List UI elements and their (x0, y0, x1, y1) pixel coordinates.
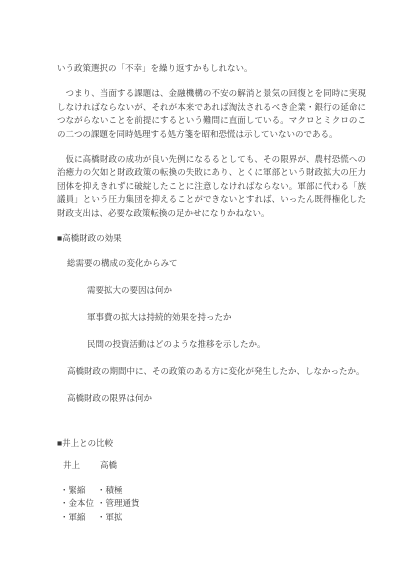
comparison-cell-inoue: ・金本位 (60, 497, 97, 511)
paragraph: 仮に高橋財政の成功が良い先例になるるとしても、その限界が、農村恐慌への治癒力の欠… (57, 153, 366, 220)
section-heading-takahashi-effects: ■高橋財政の効果 (57, 232, 366, 245)
comparison-cell-takahashi: ・軍拡 (97, 511, 123, 525)
outline-item: 需要拡大の要因は何か (57, 284, 366, 297)
outline-item: 高橋財政の限界は何か (57, 392, 366, 405)
section-heading-inoue-comparison: ■井上との比較 (57, 437, 366, 450)
outline-item: 民間の投資活動はどのような推移を示したか。 (57, 338, 366, 351)
outline-item: 総需要の構成の変化からみて (57, 257, 366, 270)
outline-item: 高橋財政の期間中に、その政策のある方に変化が発生したか、しなかったか。 (57, 365, 366, 378)
comparison-table: ・緊縮 ・積極 ・金本位 ・管理通貨 ・軍縮 ・軍拡 (57, 484, 366, 525)
comparison-cell-inoue: ・軍縮 (60, 511, 97, 525)
outline-list: 総需要の構成の変化からみて 需要拡大の要因は何か 軍事費の拡大は持続的効果を持っ… (57, 257, 366, 405)
comparison-cell-takahashi: ・管理通貨 (97, 497, 140, 511)
comparison-cell-takahashi: ・積極 (97, 484, 123, 498)
paragraph: つまり、当面する課題は、金融機構の不安の解消と景気の回復とを同時に実現しなければ… (57, 87, 366, 141)
paragraph-continuation: いう政策選択の「不幸」を繰り返すかもしれない。 (57, 62, 366, 75)
column-header-inoue: 井上 (63, 459, 100, 473)
column-header-takahashi: 高橋 (100, 459, 117, 473)
comparison-row: ・緊縮 ・積極 (60, 484, 366, 498)
outline-item: 軍事費の拡大は持続的効果を持ったか (57, 311, 366, 324)
comparison-column-headers: 井上 高橋 (57, 459, 366, 473)
comparison-row: ・金本位 ・管理通貨 (60, 497, 366, 511)
comparison-cell-inoue: ・緊縮 (60, 484, 97, 498)
comparison-row: ・軍縮 ・軍拡 (60, 511, 366, 525)
document-page: いう政策選択の「不幸」を繰り返すかもしれない。 つまり、当面する課題は、金融機構… (0, 0, 410, 580)
